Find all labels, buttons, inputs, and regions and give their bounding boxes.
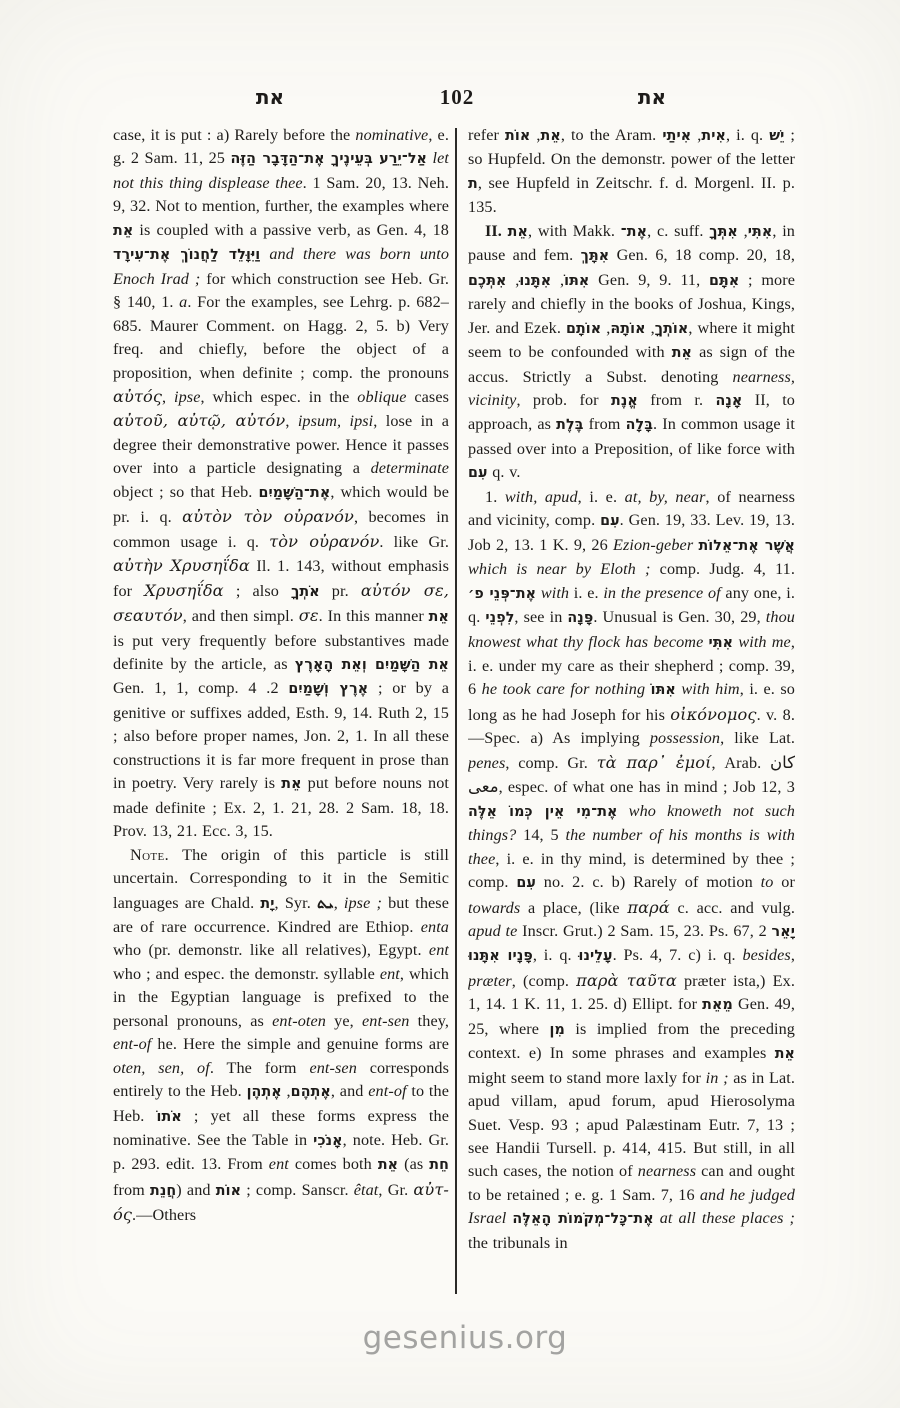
- hebrew-text: אִתָּנוּ: [519, 273, 551, 289]
- hebrew-text: אֵת: [672, 345, 692, 361]
- text-segment: comp. Judg. 4, 11.: [651, 560, 795, 578]
- text-segment: . The form: [210, 1059, 310, 1077]
- text-segment: Gen. 1, 1, comp.: [113, 679, 248, 697]
- hebrew-text: לִפְנֵי: [485, 610, 514, 626]
- text-segment: a place, (like: [520, 899, 627, 917]
- text-segment: , Gr.: [378, 1181, 413, 1199]
- text-segment: refer: [468, 126, 505, 144]
- text-segment: , Syr.: [275, 894, 317, 912]
- text-segment: , to the Aram.: [561, 126, 663, 144]
- text-segment: ,: [282, 1082, 291, 1100]
- hebrew-text: אֱנֶת: [611, 393, 638, 409]
- hebrew-text: אֶתְהֶם: [291, 1084, 331, 1100]
- text-segment: ipse ;: [344, 894, 382, 912]
- greek-text: οἰκόνομος: [670, 705, 756, 724]
- text-segment: with: [541, 584, 569, 602]
- paragraph: II. אֵת, with Makk. אֶת־, c. suff. אִתִּ…: [468, 220, 795, 486]
- text-segment: case, it is put : a) Rarely before the: [113, 126, 355, 144]
- text-segment: might seem to stand more laxly for: [468, 1069, 706, 1087]
- text-segment: , comp. Gr.: [505, 754, 596, 772]
- text-segment: Note.: [130, 846, 169, 864]
- text-segment: ipsum, ipsi: [298, 412, 373, 430]
- hebrew-text: אִתּוֹ: [651, 682, 676, 698]
- text-segment: ent-sen: [309, 1059, 356, 1077]
- text-segment: oblique: [357, 388, 406, 406]
- text-segment: ; also: [224, 582, 291, 600]
- text-segment: ; comp. Sanscr.: [241, 1181, 354, 1199]
- text-segment: . Ps. 4, 7. c) i. q.: [613, 946, 743, 964]
- text-segment: no. 2. c. b) Rarely of motion: [536, 873, 761, 891]
- hebrew-text: אִתְּכֶם: [468, 273, 507, 289]
- hebrew-text: עִם: [516, 875, 536, 891]
- text-segment: (as: [398, 1155, 429, 1173]
- text-segment: , which espec. in the: [201, 388, 358, 406]
- text-segment: from: [113, 1181, 150, 1199]
- paragraph: 1. with, apud, i. e. at, by, near, of ne…: [468, 486, 795, 1256]
- text-segment: from r.: [638, 391, 716, 409]
- text-segment: towards: [468, 899, 520, 917]
- hebrew-text: יֵשׁ: [769, 128, 784, 144]
- text-segment: cases: [407, 388, 449, 406]
- text-segment: q. v.: [488, 463, 521, 481]
- text-segment: possession: [650, 729, 720, 747]
- hebrew-text: אֵת: [508, 224, 528, 240]
- hebrew-text: עִם: [600, 513, 620, 529]
- text-segment: ent-sen: [362, 1012, 409, 1030]
- text-segment: , see Hupfeld in Zeitschr. f. d. Morgenl…: [468, 174, 795, 216]
- text-segment: determinate: [371, 459, 449, 477]
- text-segment: to: [761, 873, 774, 891]
- text-segment: who (pr. demonstr. like all relatives), …: [113, 941, 429, 959]
- text-segment: Inscr. Grut.) 2 Sam. 15, 23. Ps. 67, 2: [517, 922, 771, 940]
- text-segment: , and then simpl.: [183, 607, 299, 625]
- text-segment: . Unusual is Gen. 30, 29,: [593, 608, 765, 626]
- text-segment: êtat: [354, 1181, 379, 1199]
- text-segment: , i. e.: [578, 488, 625, 506]
- text-segment: ent-of: [113, 1035, 151, 1053]
- hebrew-text: אִיתַי: [662, 128, 691, 144]
- text-segment: ,: [334, 894, 344, 912]
- greek-text: παρά: [627, 898, 669, 917]
- text-segment: ,: [285, 412, 298, 430]
- hebrew-text: פָּנָה: [567, 610, 593, 626]
- hebrew-text: אָנֹכִי: [313, 1133, 343, 1149]
- text-segment: ,: [551, 271, 564, 289]
- text-block: case, it is put : a) Rarely before the n…: [113, 124, 795, 1300]
- hebrew-text: ת: [468, 176, 478, 192]
- hebrew-text: אוֹת: [216, 1183, 241, 1199]
- text-segment: , (comp.: [512, 972, 576, 990]
- hebrew-text: אֶתְהֶן: [247, 1084, 282, 1100]
- greek-text: αὐτὴν Χρυσηΐδα: [113, 556, 250, 575]
- hebrew-text: אִתִּי: [748, 224, 773, 240]
- text-segment: who ; and espec. the demonstr. syllable: [113, 965, 380, 983]
- hebrew-text: אֹתוֹ: [157, 1109, 182, 1125]
- text-segment: , i. q.: [726, 126, 769, 144]
- hebrew-text: יָת: [260, 896, 274, 912]
- text-segment: ,: [691, 126, 701, 144]
- hebrew-text: חֵת: [429, 1157, 449, 1173]
- hebrew-text: אוֹתָם: [566, 321, 601, 337]
- text-segment: at all these places ;: [660, 1209, 795, 1227]
- text-segment: is coupled with a passive verb, as Gen. …: [133, 221, 449, 239]
- text-segment: , Arab.: [712, 754, 770, 772]
- hebrew-text: אִתָּךְ: [581, 248, 610, 264]
- hebrew-text: אֹתְךָ: [291, 584, 320, 600]
- text-segment: ,: [507, 271, 520, 289]
- text-segment: II.: [485, 222, 508, 240]
- hebrew-text: אִתְּךָ: [709, 224, 738, 240]
- text-segment: ye,: [326, 1012, 362, 1030]
- text-segment: ent: [429, 941, 449, 959]
- right-column: refer אֵת, אוֹת, to the Aram. אִית, אִית…: [468, 124, 795, 1300]
- text-segment: oten, sen, of: [113, 1059, 210, 1077]
- hebrew-text: אִית: [701, 128, 726, 144]
- text-segment: .—Others: [132, 1206, 196, 1224]
- text-segment: or: [773, 873, 795, 891]
- page-number: 102: [440, 84, 475, 110]
- text-segment: [618, 802, 629, 820]
- text-segment: ent: [380, 965, 400, 983]
- greek-text: αὐτὸν τὸν οὐρανόν: [182, 507, 354, 526]
- text-segment: ,: [791, 946, 795, 964]
- right-column-headword: את: [638, 84, 666, 110]
- text-segment: pr.: [320, 582, 361, 600]
- hebrew-text: אֵת: [775, 1046, 795, 1062]
- hebrew-text: אַל־יֵרַע בְּעֵינֶיךָ אֶת־הַדָּבָר הַזֶּ…: [230, 151, 427, 167]
- text-segment: , like Lat.: [720, 729, 795, 747]
- text-segment: , see in: [514, 608, 567, 626]
- hebrew-text: אוֹת: [505, 128, 530, 144]
- hebrew-text: אוֹתְךָ: [655, 321, 689, 337]
- hebrew-text: אֶת־: [621, 224, 647, 240]
- hebrew-text: אֵת: [281, 776, 301, 792]
- text-segment: 1.: [485, 488, 505, 506]
- hebrew-text: וַיִּוָּלֵד לַחֲנוֹךְ אֶת־עִירָד: [113, 247, 260, 263]
- greek-text: σε: [299, 606, 319, 625]
- text-segment: which is near by Eloth ;: [468, 560, 651, 578]
- text-segment: Gen. 9, 9. 11,: [589, 271, 709, 289]
- text-segment: object ; so that Heb.: [113, 483, 258, 501]
- greek-text: Χρυσηΐδα: [144, 581, 223, 600]
- hebrew-text: אֵת הַשָּׁמַיִם וְאֵת הָאָרֶץ: [295, 657, 449, 673]
- text-segment: , and: [331, 1082, 368, 1100]
- text-segment: the tribunals in: [468, 1234, 568, 1252]
- hebrew-text: אֵת: [541, 128, 561, 144]
- hebrew-text: אִתָּם: [709, 273, 739, 289]
- hebrew-text: מֵאֵת: [702, 997, 733, 1013]
- watermark: gesenius.org: [363, 1320, 568, 1356]
- text-segment: comes both: [289, 1155, 378, 1173]
- text-segment: nearness: [638, 1162, 696, 1180]
- hebrew-text: אֲשֶׁר אֶת־אֵלוֹת: [698, 538, 795, 554]
- text-segment: in ;: [706, 1069, 729, 1087]
- text-segment: Gen. 6, 18 comp. 20, 18,: [609, 246, 795, 264]
- hebrew-text: אֵת: [113, 223, 133, 239]
- text-segment: apud te: [468, 922, 517, 940]
- syriac-text: ܝܬ: [317, 893, 334, 912]
- hebrew-text: עִם: [468, 465, 488, 481]
- hebrew-text: אֶת־הַשָּׁמַיִם: [258, 485, 330, 501]
- text-segment: with him: [681, 680, 739, 698]
- greek-text: αὐτοῦ, αὐτῷ, αὐτόν: [113, 411, 285, 430]
- hebrew-text: אֶרֶץ וְשָׁמַיִם: [288, 681, 368, 697]
- dictionary-page: את 102 את case, it is put : a) Rarely be…: [0, 0, 900, 1408]
- greek-text: αὐτός: [113, 387, 162, 406]
- paragraph: case, it is put : a) Rarely before the n…: [113, 124, 449, 844]
- hebrew-text: בָּלָה: [626, 417, 653, 433]
- text-segment: ,: [738, 222, 748, 240]
- text-segment: ,: [646, 319, 655, 337]
- left-column-headword: את: [256, 84, 284, 110]
- text-segment: in the presence of: [603, 584, 720, 602]
- hebrew-text: אִתּוֹ: [564, 273, 589, 289]
- text-segment: ,: [530, 126, 540, 144]
- text-segment: ent-of: [368, 1082, 406, 1100]
- hebrew-text: אֵת: [429, 609, 449, 625]
- text-segment: at, by, near: [625, 488, 706, 506]
- text-segment: præter: [468, 972, 512, 990]
- text-segment: he. Here the simple and genuine forms ar…: [151, 1035, 449, 1053]
- text-segment: nominative: [355, 126, 428, 144]
- hebrew-text: אֶת־מִי אֵין כְּמוֹ אֵלֶּה: [468, 804, 618, 820]
- text-segment: from: [584, 415, 626, 433]
- text-segment: penes: [468, 754, 505, 772]
- text-segment: , c. suff.: [647, 222, 709, 240]
- text-segment: they,: [409, 1012, 449, 1030]
- text-segment: c. acc. and vulg.: [670, 899, 795, 917]
- hebrew-text: עָלֵינוּ: [578, 948, 612, 964]
- text-segment: , with Makk.: [528, 222, 621, 240]
- paragraph: refer אֵת, אוֹת, to the Aram. אִית, אִית…: [468, 124, 795, 220]
- text-segment: ent-oten: [272, 1012, 326, 1030]
- greek-text: τὸν οὐρανόν: [269, 532, 379, 551]
- greek-text: τὰ παρ᾽ ἐμοί: [597, 753, 712, 772]
- hebrew-text: אִתִּי: [709, 635, 734, 651]
- text-segment: he took care for nothing: [482, 680, 645, 698]
- text-segment: besides: [742, 946, 790, 964]
- text-segment: , espec. of what one has in mind ; Job 1…: [499, 778, 795, 796]
- paragraph: Note. The origin of this particle is sti…: [113, 844, 449, 1228]
- text-segment: with me: [738, 633, 791, 651]
- hebrew-text: אֶת־פְּנֵי פ׳: [468, 586, 536, 602]
- hebrew-text: אָנָה: [715, 393, 742, 409]
- text-segment: 14, 5: [516, 826, 565, 844]
- text-segment: , prob. for: [516, 391, 611, 409]
- text-segment: i. e.: [569, 584, 603, 602]
- text-segment: ,: [162, 388, 174, 406]
- hebrew-text: אוֹתָהּ: [610, 321, 645, 337]
- text-segment: . In this manner: [319, 607, 429, 625]
- text-segment: ipse: [174, 388, 200, 406]
- text-segment: ent: [269, 1155, 289, 1173]
- text-segment: Ezion-geber: [613, 536, 693, 554]
- hebrew-text: אֵת: [378, 1157, 398, 1173]
- hebrew-text: אֶת־כָּל־מְקֹמוֹת הָאֵלֶּה: [512, 1211, 653, 1227]
- text-segment: ) and: [176, 1181, 215, 1199]
- text-segment: enta: [421, 918, 449, 936]
- text-segment: [260, 245, 269, 263]
- text-segment: , i. q.: [533, 946, 579, 964]
- hebrew-text: בֶּלֶת: [556, 417, 583, 433]
- left-column: case, it is put : a) Rarely before the n…: [113, 124, 449, 1300]
- hebrew-text: מִן: [550, 1022, 565, 1038]
- text-segment: . like Gr.: [379, 533, 449, 551]
- text-segment: with, apud: [505, 488, 578, 506]
- hebrew-text: חֲנֵת: [150, 1183, 176, 1199]
- greek-text: παρὰ ταῦτα: [576, 971, 677, 990]
